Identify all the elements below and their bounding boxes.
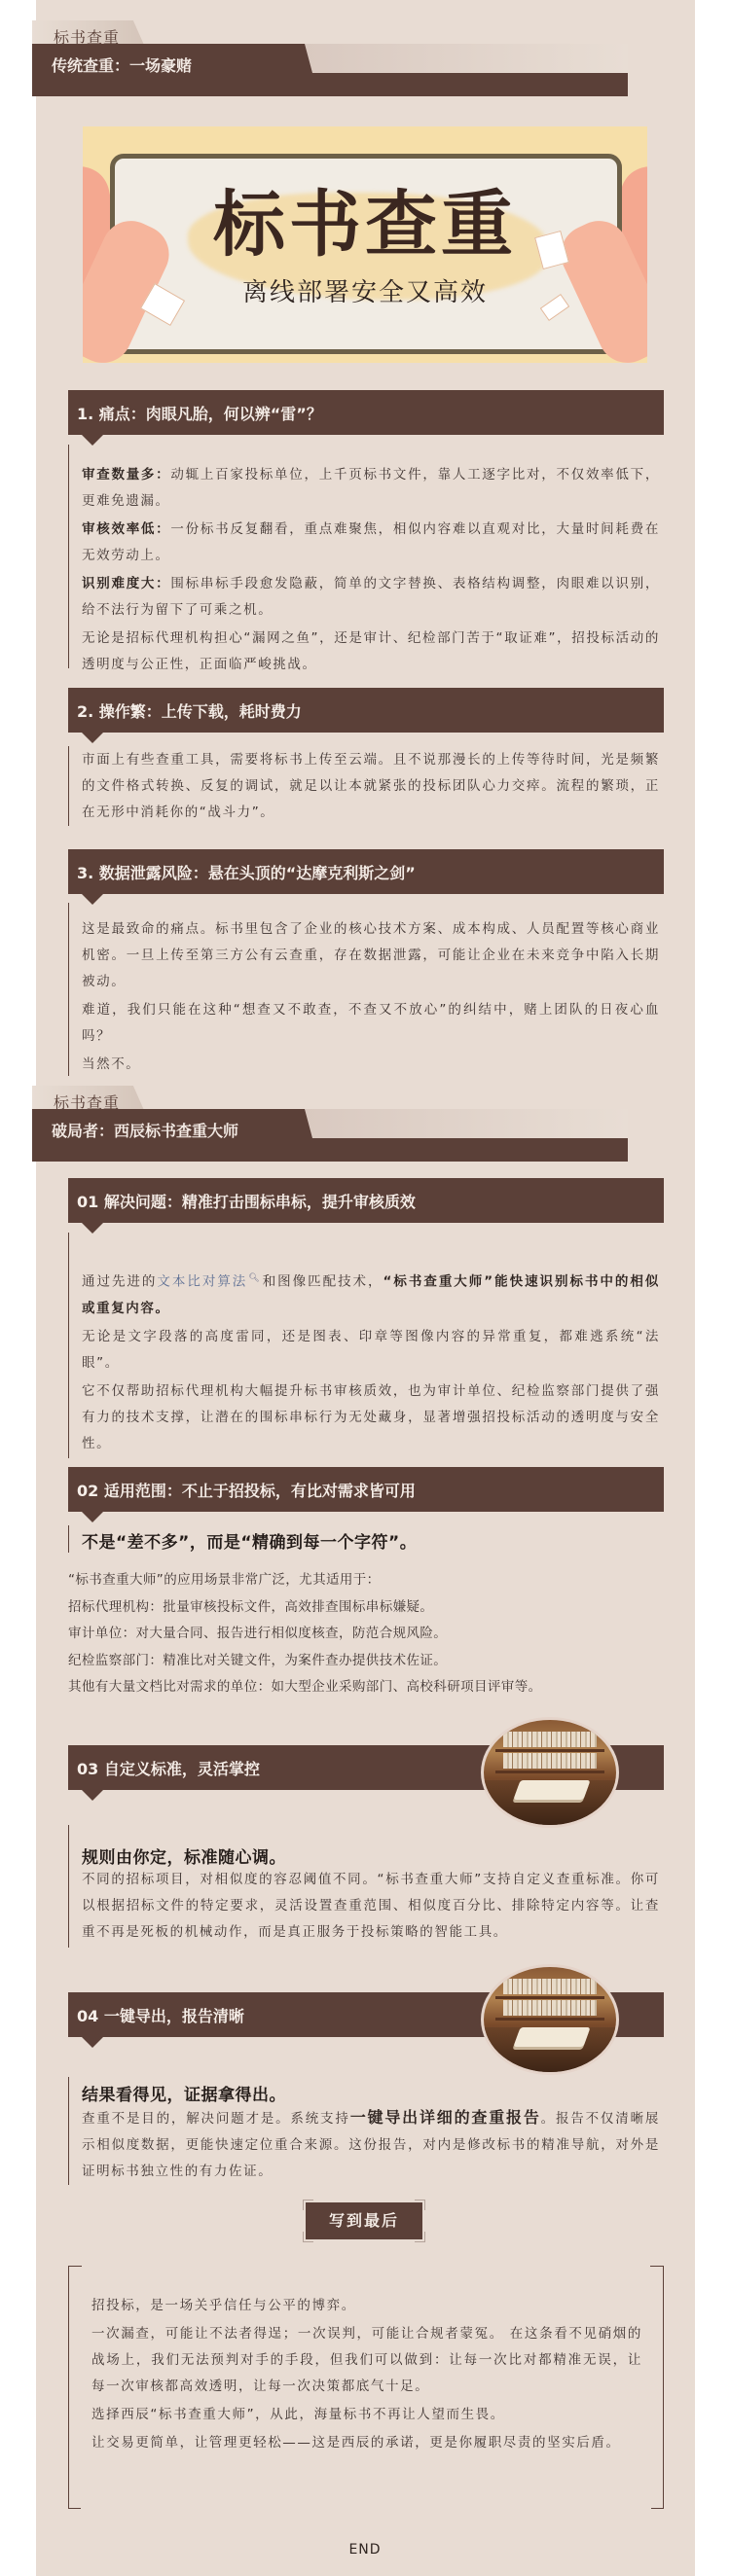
section2-body: 市面上有些查重工具，需要将标书上传至云端。且不说那漫长的上传等待时间，光是频繁的… [82,747,660,828]
section3-body: 这是最致命的痛点。标书里包含了企业的核心技术方案、成本构成、人员配置等核心商业机… [82,916,660,1080]
section3-rule [68,903,69,1076]
section1-closing: 无论是招标代理机构担心“漏网之鱼”，还是审计、纪检部门苦于“取证难”，招投标活动… [82,626,660,678]
part1-title: 传统查重：一场豪赌 [52,54,192,76]
library-book-photo [481,1964,619,2075]
section2-heading-text: 2. 操作繁：上传下载，耗时费力 [77,699,302,722]
section1-body: 审查数量多：动辄上百家投标单位，上千页标书文件，靠人工逐字比对，不仅效率低下，更… [82,462,660,680]
banner-subtitle: 离线部署安全又高效 [83,272,647,308]
algorithm-link[interactable]: 文本比对算法 [157,1274,247,1290]
section1-heading: 1. 痛点：肉眼凡胎，何以辨“雷”？ [68,390,664,435]
conclusion-heading-badge: 写到最后 [303,2200,425,2242]
feature4-text: 查重不是目的，解决问题才是。系统支持一键导出详细的查重报告。报告不仅清晰展示相似… [82,2104,660,2185]
section1-heading-text: 1. 痛点：肉眼凡胎，何以辨“雷”？ [77,402,322,424]
pointer-icon [82,1223,103,1234]
section2-rule [68,746,69,826]
pointer-icon [82,2037,103,2048]
feature1-heading-text: 01 解决问题：精准打击围标串标，提升审核质效 [77,1190,416,1212]
open-book-icon [513,2027,590,2047]
section3-heading-text: 3. 数据泄露风险：悬在头顶的“达摩克利斯之剑” [77,861,416,883]
feature1-rule [68,1233,69,1458]
feature4-heading-text: 04 一键导出，报告清晰 [77,2004,244,2026]
list-item: 审计单位：对大量合同、报告进行相似度核查，防范合规风险。 [68,1621,664,1648]
pain-item: 识别难度大：围标串标手段愈发隐蔽，简单的文字替换、表格结构调整，肉眼难以识别，给… [82,571,660,624]
section3-paragraph: 这是最致命的痛点。标书里包含了企业的核心技术方案、成本构成、人员配置等核心商业机… [82,916,660,995]
part1-header: 标书查重 传统查重：一场豪赌 [32,20,628,96]
header-bar-cut [305,44,628,73]
pointer-icon [82,1790,103,1801]
tag-label: 标书查重 [54,25,120,48]
search-icon[interactable]: 🔍︎ [248,1273,261,1283]
banner-title: 标书查重 [83,167,647,270]
section3-paragraph: 当然不。 [82,1052,660,1078]
conclusion-heading-text: 写到最后 [306,2202,422,2239]
feature3-heading-text: 03 自定义标准，灵活掌控 [77,1757,260,1779]
list-item: 招标代理机构：批量审核投标文件，高效排查围标串标嫌疑。 [68,1594,664,1622]
pain-item: 审查数量多：动辄上百家投标单位，上千页标书文件，靠人工逐字比对，不仅效率低下，更… [82,462,660,515]
feature1-paragraph: 它不仅帮助招标代理机构大幅提升标书审核质效，也为审计单位、纪检监察部门提供了强有… [82,1378,660,1457]
tag-label: 标书查重 [54,1091,120,1113]
list-item: “标书查重大师”的应用场景非常广泛，尤其适用于： [68,1567,664,1594]
feature1-paragraph: 无论是文字段落的高度雷同，还是图表、印章等图像内容的异常重复，都难逃系统“法眼”… [82,1324,660,1377]
feature1-body: 通过先进的文本比对算法🔍︎和图像匹配技术，“标书查重大师”能快速识别标书中的相似… [82,1266,660,1459]
feature1-heading: 01 解决问题：精准打击围标串标，提升审核质效 [68,1178,664,1223]
frame-corner [68,2266,82,2509]
hero-banner: 标书查重 离线部署安全又高效 [83,126,647,363]
open-book-icon [513,1780,590,1800]
end-label: END [0,2542,730,2558]
list-item: 纪检监察部门：精准比对关键文件，为案件查办提供技术佐证。 [68,1648,664,1675]
library-book-photo [481,1717,619,1828]
feature2-lead: 不是“差不多”，而是“精确到每一个字符”。 [82,1528,417,1553]
pain-item: 审核效率低：一份标书反复翻看，重点难聚焦，相似内容难以直观对比，大量时间耗费在无… [82,517,660,569]
section2-heading: 2. 操作繁：上传下载，耗时费力 [68,688,664,733]
frame-corner [650,2266,664,2509]
feature2-heading-text: 02 适用范围：不止于招投标，有比对需求皆可用 [77,1479,416,1501]
pointer-icon [82,435,103,446]
feature2-list: “标书查重大师”的应用场景非常广泛，尤其适用于： 招标代理机构：批量审核投标文件… [68,1567,664,1701]
section3-heading: 3. 数据泄露风险：悬在头顶的“达摩克利斯之剑” [68,849,664,894]
feature2-rule [68,1525,69,1553]
feature2-heading: 02 适用范围：不止于招投标，有比对需求皆可用 [68,1467,664,1512]
conclusion-paragraph: 选择西辰“标书查重大师”，从此，海量标书不再让人望而生畏。 [91,2402,642,2428]
feature1-intro: 通过先进的文本比对算法🔍︎和图像匹配技术，“标书查重大师”能快速识别标书中的相似… [82,1266,660,1322]
feature4-lead: 结果看得见，证据拿得出。 [82,2081,286,2105]
pointer-icon [82,894,103,905]
part2-title: 破局者：西辰标书查重大师 [52,1119,238,1141]
feature4-rule [68,2077,69,2185]
part2-header: 标书查重 破局者：西辰标书查重大师 [32,1086,628,1162]
conclusion-paragraph: 让交易更简单，让管理更轻松——这是西辰的承诺，更是你履职尽责的坚实后盾。 [91,2430,642,2456]
section2-text: 市面上有些查重工具，需要将标书上传至云端。且不说那漫长的上传等待时间，光是频繁的… [82,747,660,826]
feature3-body: 不同的招标项目，对相似度的容忍阈值不同。“标书查重大师”支持自定义查重标准。你可… [82,1867,660,1948]
feature4-body: 查重不是目的，解决问题才是。系统支持一键导出详细的查重报告。报告不仅清晰展示相似… [82,2104,660,2187]
section3-paragraph: 难道，我们只能在这种“想查又不敢查，不查又不放心”的纠结中，赌上团队的日夜心血吗… [82,997,660,1050]
conclusion-paragraph: 一次漏查，可能让不法者得逞；一次误判，可能让合规者蒙冤。 在这条看不见硝烟的战场… [91,2321,642,2400]
pointer-icon [82,1512,103,1522]
conclusion-paragraph: 招投标，是一场关乎信任与公平的博弈。 [91,2293,642,2319]
feature3-text: 不同的招标项目，对相似度的容忍阈值不同。“标书查重大师”支持自定义查重标准。你可… [82,1867,660,1946]
feature3-lead: 规则由你定，标准随心调。 [82,1843,286,1868]
conclusion-body: 招投标，是一场关乎信任与公平的博弈。 一次漏查，可能让不法者得逞；一次误判，可能… [91,2293,642,2458]
feature3-rule [68,1825,69,1948]
header-bar-cut [305,1109,628,1138]
list-item: 其他有大量文档比对需求的单位：如大型企业采购部门、高校科研项目评审等。 [68,1674,664,1701]
section1-rule [68,445,69,668]
pointer-icon [82,733,103,743]
